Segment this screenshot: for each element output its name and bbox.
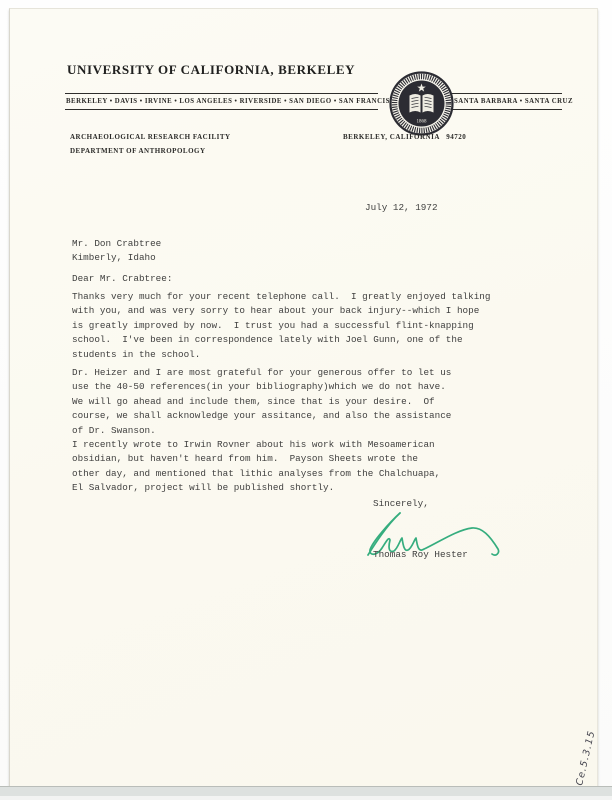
letterhead-campuses-left: BERKELEY • DAVIS • IRVINE • LOS ANGELES … xyxy=(66,98,401,105)
seal-year: 1868 xyxy=(417,120,428,125)
letterhead-rule-bottom-right xyxy=(451,109,562,110)
letterhead-rule-top-right xyxy=(451,93,562,94)
scan-bottom-strip xyxy=(0,786,612,796)
letterhead-facility-line: ARCHAEOLOGICAL RESEARCH FACILITY xyxy=(70,133,231,141)
body-paragraph-3: I recently wrote to Irwin Rovner about h… xyxy=(72,438,440,496)
letterhead-address: BERKELEY, CALIFORNIA 94720 xyxy=(343,133,466,141)
letter-date: July 12, 1972 xyxy=(365,201,438,215)
scan-bottom-edge xyxy=(0,796,612,800)
letterhead-rule-top-left xyxy=(65,93,378,94)
letterhead-rule-bottom-left xyxy=(65,109,378,110)
body-paragraph-2: Dr. Heizer and I are most grateful for y… xyxy=(72,366,451,438)
uc-berkeley-seal-icon: 1868 xyxy=(388,70,455,137)
letterhead-university-title: UNIVERSITY OF CALIFORNIA, BERKELEY xyxy=(67,62,355,78)
letterhead-department-line: DEPARTMENT OF ANTHROPOLOGY xyxy=(70,147,206,155)
salutation: Dear Mr. Crabtree: xyxy=(72,272,172,286)
body-paragraph-1: Thanks very much for your recent telepho… xyxy=(72,290,490,362)
letterhead-campuses-right: SANTA BARBARA • SANTA CRUZ xyxy=(454,98,573,105)
signed-name: Thomas Roy Hester xyxy=(373,548,468,562)
letter-page: UNIVERSITY OF CALIFORNIA, BERKELEY BERKE… xyxy=(9,8,598,786)
recipient-address-block: Mr. Don Crabtree Kimberly, Idaho xyxy=(72,237,161,266)
